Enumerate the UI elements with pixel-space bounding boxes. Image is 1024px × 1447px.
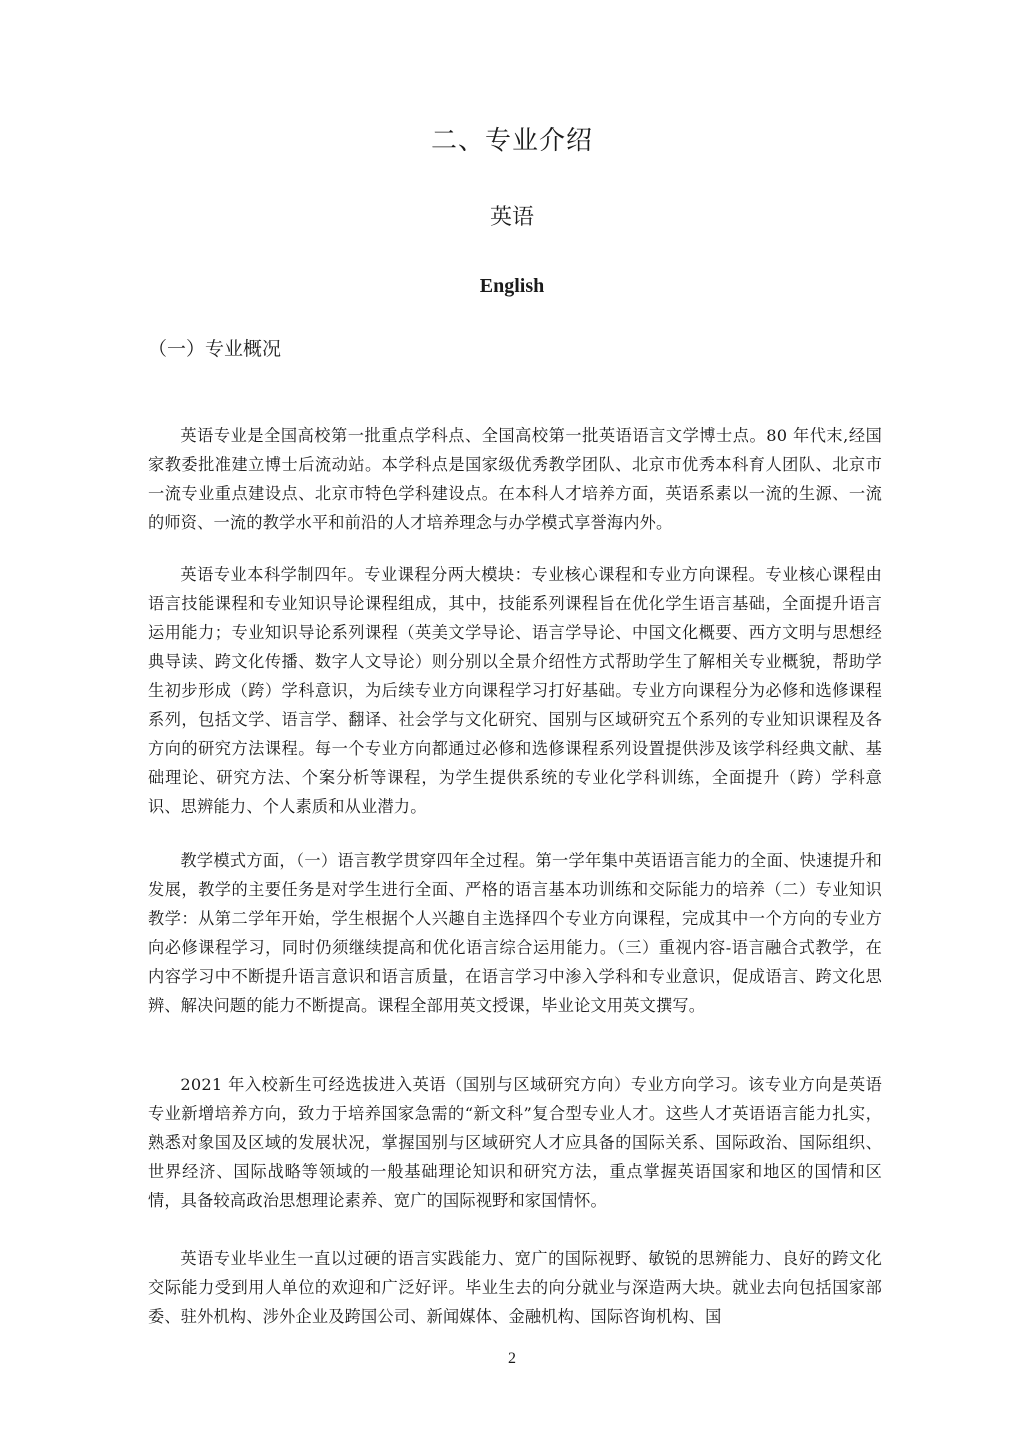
chapter-title: 二、专业介绍 — [0, 120, 1024, 157]
paragraph-graduates: 英语专业毕业生一直以过硬的语言实践能力、宽广的国际视野、敏锐的思辨能力、良好的跨… — [148, 1244, 882, 1331]
section-heading: （一）专业概况 — [148, 334, 281, 361]
major-name-en: English — [0, 275, 1024, 298]
paragraph-teaching-mode: 教学模式方面，（一）语言教学贯穿四年全过程。第一学年集中英语语言能力的全面、快速… — [148, 846, 882, 1020]
paragraph-regional-studies: 2021 年入校新生可经选拔进入英语（国别与区域研究方向）专业方向学习。该专业方… — [148, 1070, 882, 1215]
major-name-zh: 英语 — [0, 200, 1024, 231]
page-number: 2 — [0, 1350, 1024, 1368]
paragraph-curriculum: 英语专业本科学制四年。专业课程分两大模块：专业核心课程和专业方向课程。专业核心课… — [148, 560, 882, 821]
paragraph-overview: 英语专业是全国高校第一批重点学科点、全国高校第一批英语语言文学博士点。80 年代… — [148, 421, 882, 537]
